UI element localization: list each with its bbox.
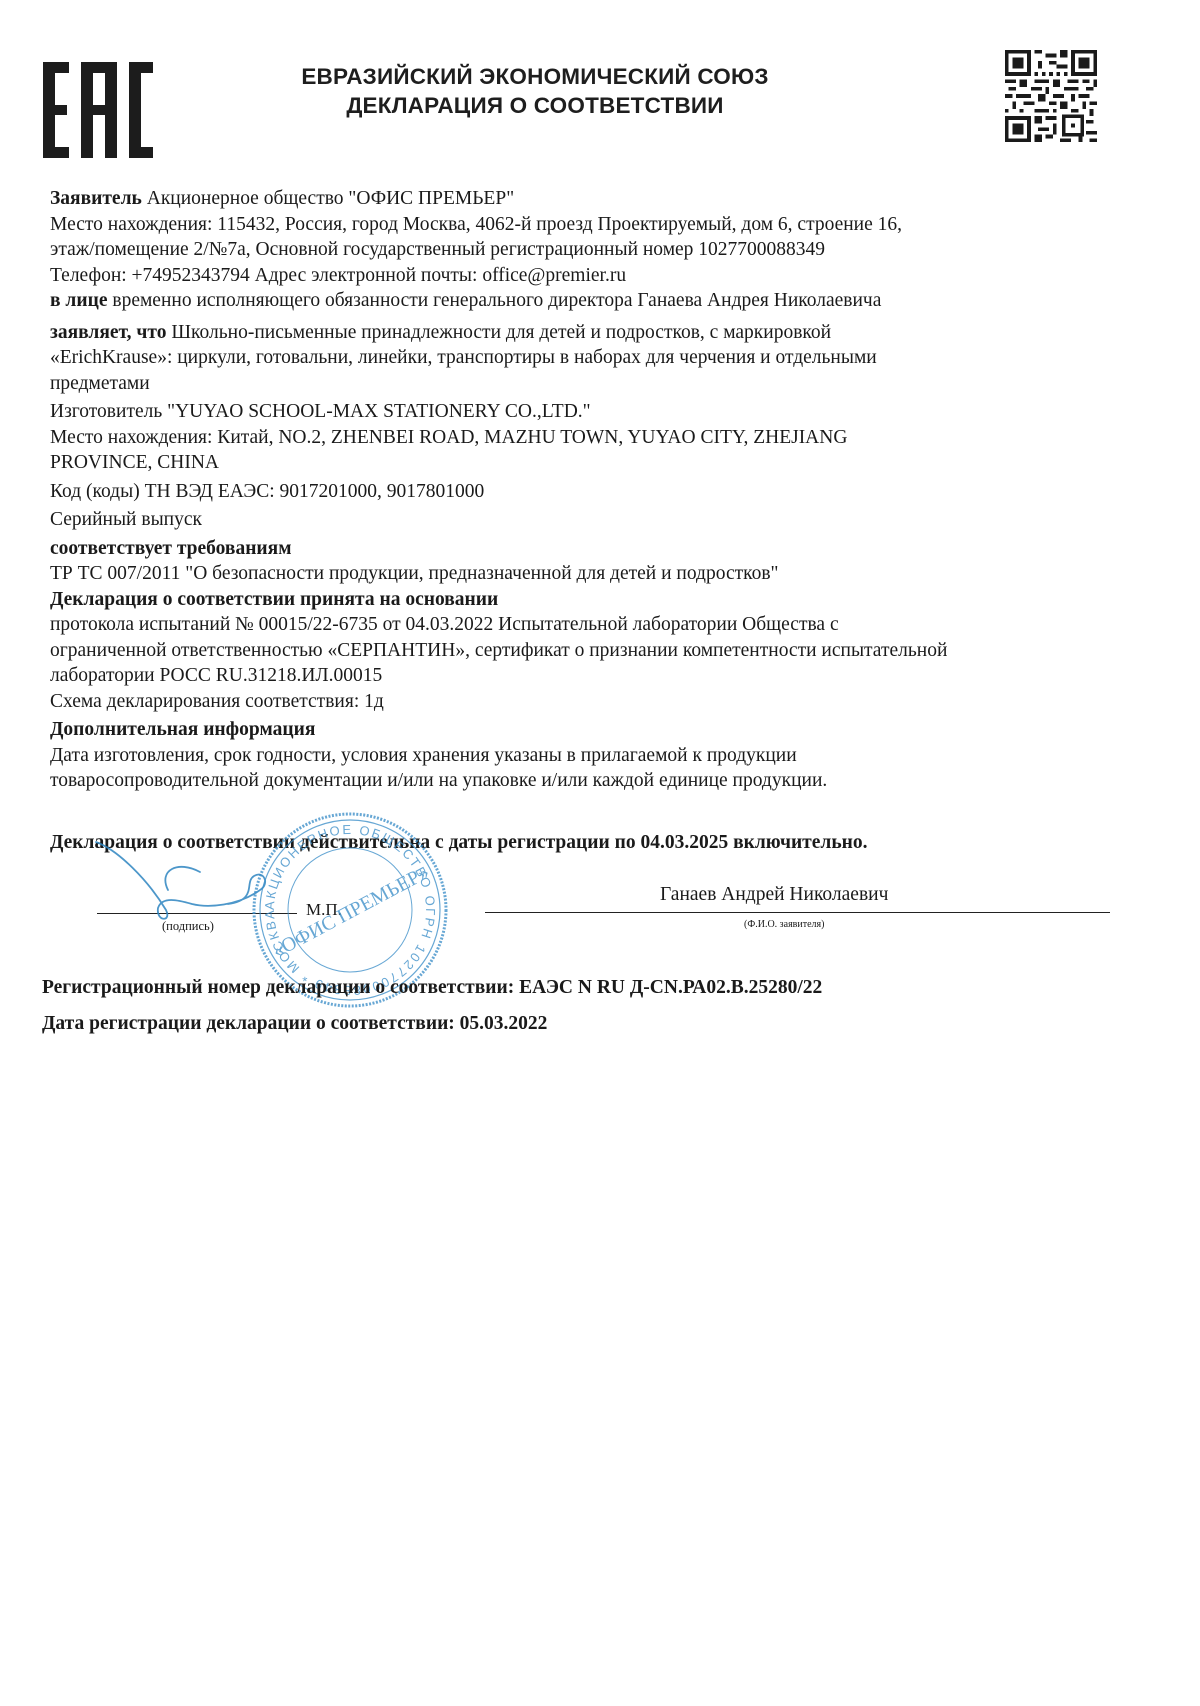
production-type: Серийный выпуск [50,507,1130,533]
registration-number: Регистрационный номер декларации о соотв… [42,970,822,1006]
basis-line-3: лаборатории РОСС RU.31218.ИЛ.00015 [50,663,1130,689]
product-line-2: «ErichKrause»: циркули, готовальни, лине… [50,345,1130,371]
manufacturer-address-1: Место нахождения: Китай, NO.2, ZHENBEI R… [50,425,1130,451]
signer-name-line [485,912,1110,913]
applicant-name: Акционерное общество "ОФИС ПРЕМЬЕР" [142,188,514,209]
declaration-scheme: Схема декларирования соответствия: 1д [50,689,1130,715]
applicant-label: Заявитель [50,188,142,209]
complies-label: соответствует требованиям [50,536,1130,562]
manufacturer-address-2: PROVINCE, CHINA [50,450,1130,476]
hs-codes: Код (коды) ТН ВЭД ЕАЭС: 9017201000, 9017… [50,479,1130,505]
product-line-3: предметами [50,371,1130,397]
declaration-title: ДЕКЛАРАЦИЯ О СООТВЕТСТВИИ [260,91,810,120]
basis-label: Декларация о соответствии принята на осн… [50,587,1130,613]
svg-text:«ОФИС ПРЕМЬЕР»: «ОФИС ПРЕМЬЕР» [269,861,433,962]
basis-line-2: ограниченной ответственностью «СЕРПАНТИН… [50,638,1130,664]
additional-info-line-1: Дата изготовления, срок годности, услови… [50,743,1130,769]
eac-logo [43,62,153,158]
additional-info-label: Дополнительная информация [50,717,1130,743]
represented-line: в лице временно исполняющего обязанности… [50,288,1130,314]
applicant-address-1: Место нахождения: 115432, Россия, город … [50,212,1130,238]
applicant-contacts: Телефон: +74952343794 Адрес электронной … [50,263,1130,289]
basis-line-1: протокола испытаний № 00015/22-6735 от 0… [50,612,1130,638]
additional-info-line-2: товаросопроводительной документации и/ил… [50,768,1130,794]
registration-block: Регистрационный номер декларации о соотв… [42,970,822,1042]
applicant-line: Заявитель Акционерное общество "ОФИС ПРЕ… [50,186,1130,212]
declares-line: заявляет, что Школьно-письменные принадл… [50,320,1130,346]
registration-date: Дата регистрации декларации о соответств… [42,1006,822,1042]
represented-label: в лице [50,290,107,311]
declares-label: заявляет, что [50,322,167,343]
signer-name: Ганаев Андрей Николаевич [660,884,888,906]
document-header: ЕВРАЗИЙСКИЙ ЭКОНОМИЧЕСКИЙ СОЮЗ ДЕКЛАРАЦИ… [260,62,810,120]
represented-by: временно исполняющего обязанности генера… [107,290,881,311]
product-line-1: Школьно-письменные принадлежности для де… [167,322,832,343]
manufacturer: Изготовитель "YUYAO SCHOOL-MAX STATIONER… [50,399,1130,425]
regulation: ТР ТС 007/2011 "О безопасности продукции… [50,561,1130,587]
handwritten-signature [88,830,268,925]
signer-caption: (Ф.И.О. заявителя) [744,919,824,930]
qr-code-icon [1005,50,1097,142]
declaration-body: Заявитель Акционерное общество "ОФИС ПРЕ… [50,186,1130,794]
applicant-address-2: этаж/помещение 2/№7а, Основной государст… [50,237,1130,263]
union-title: ЕВРАЗИЙСКИЙ ЭКОНОМИЧЕСКИЙ СОЮЗ [260,62,810,91]
